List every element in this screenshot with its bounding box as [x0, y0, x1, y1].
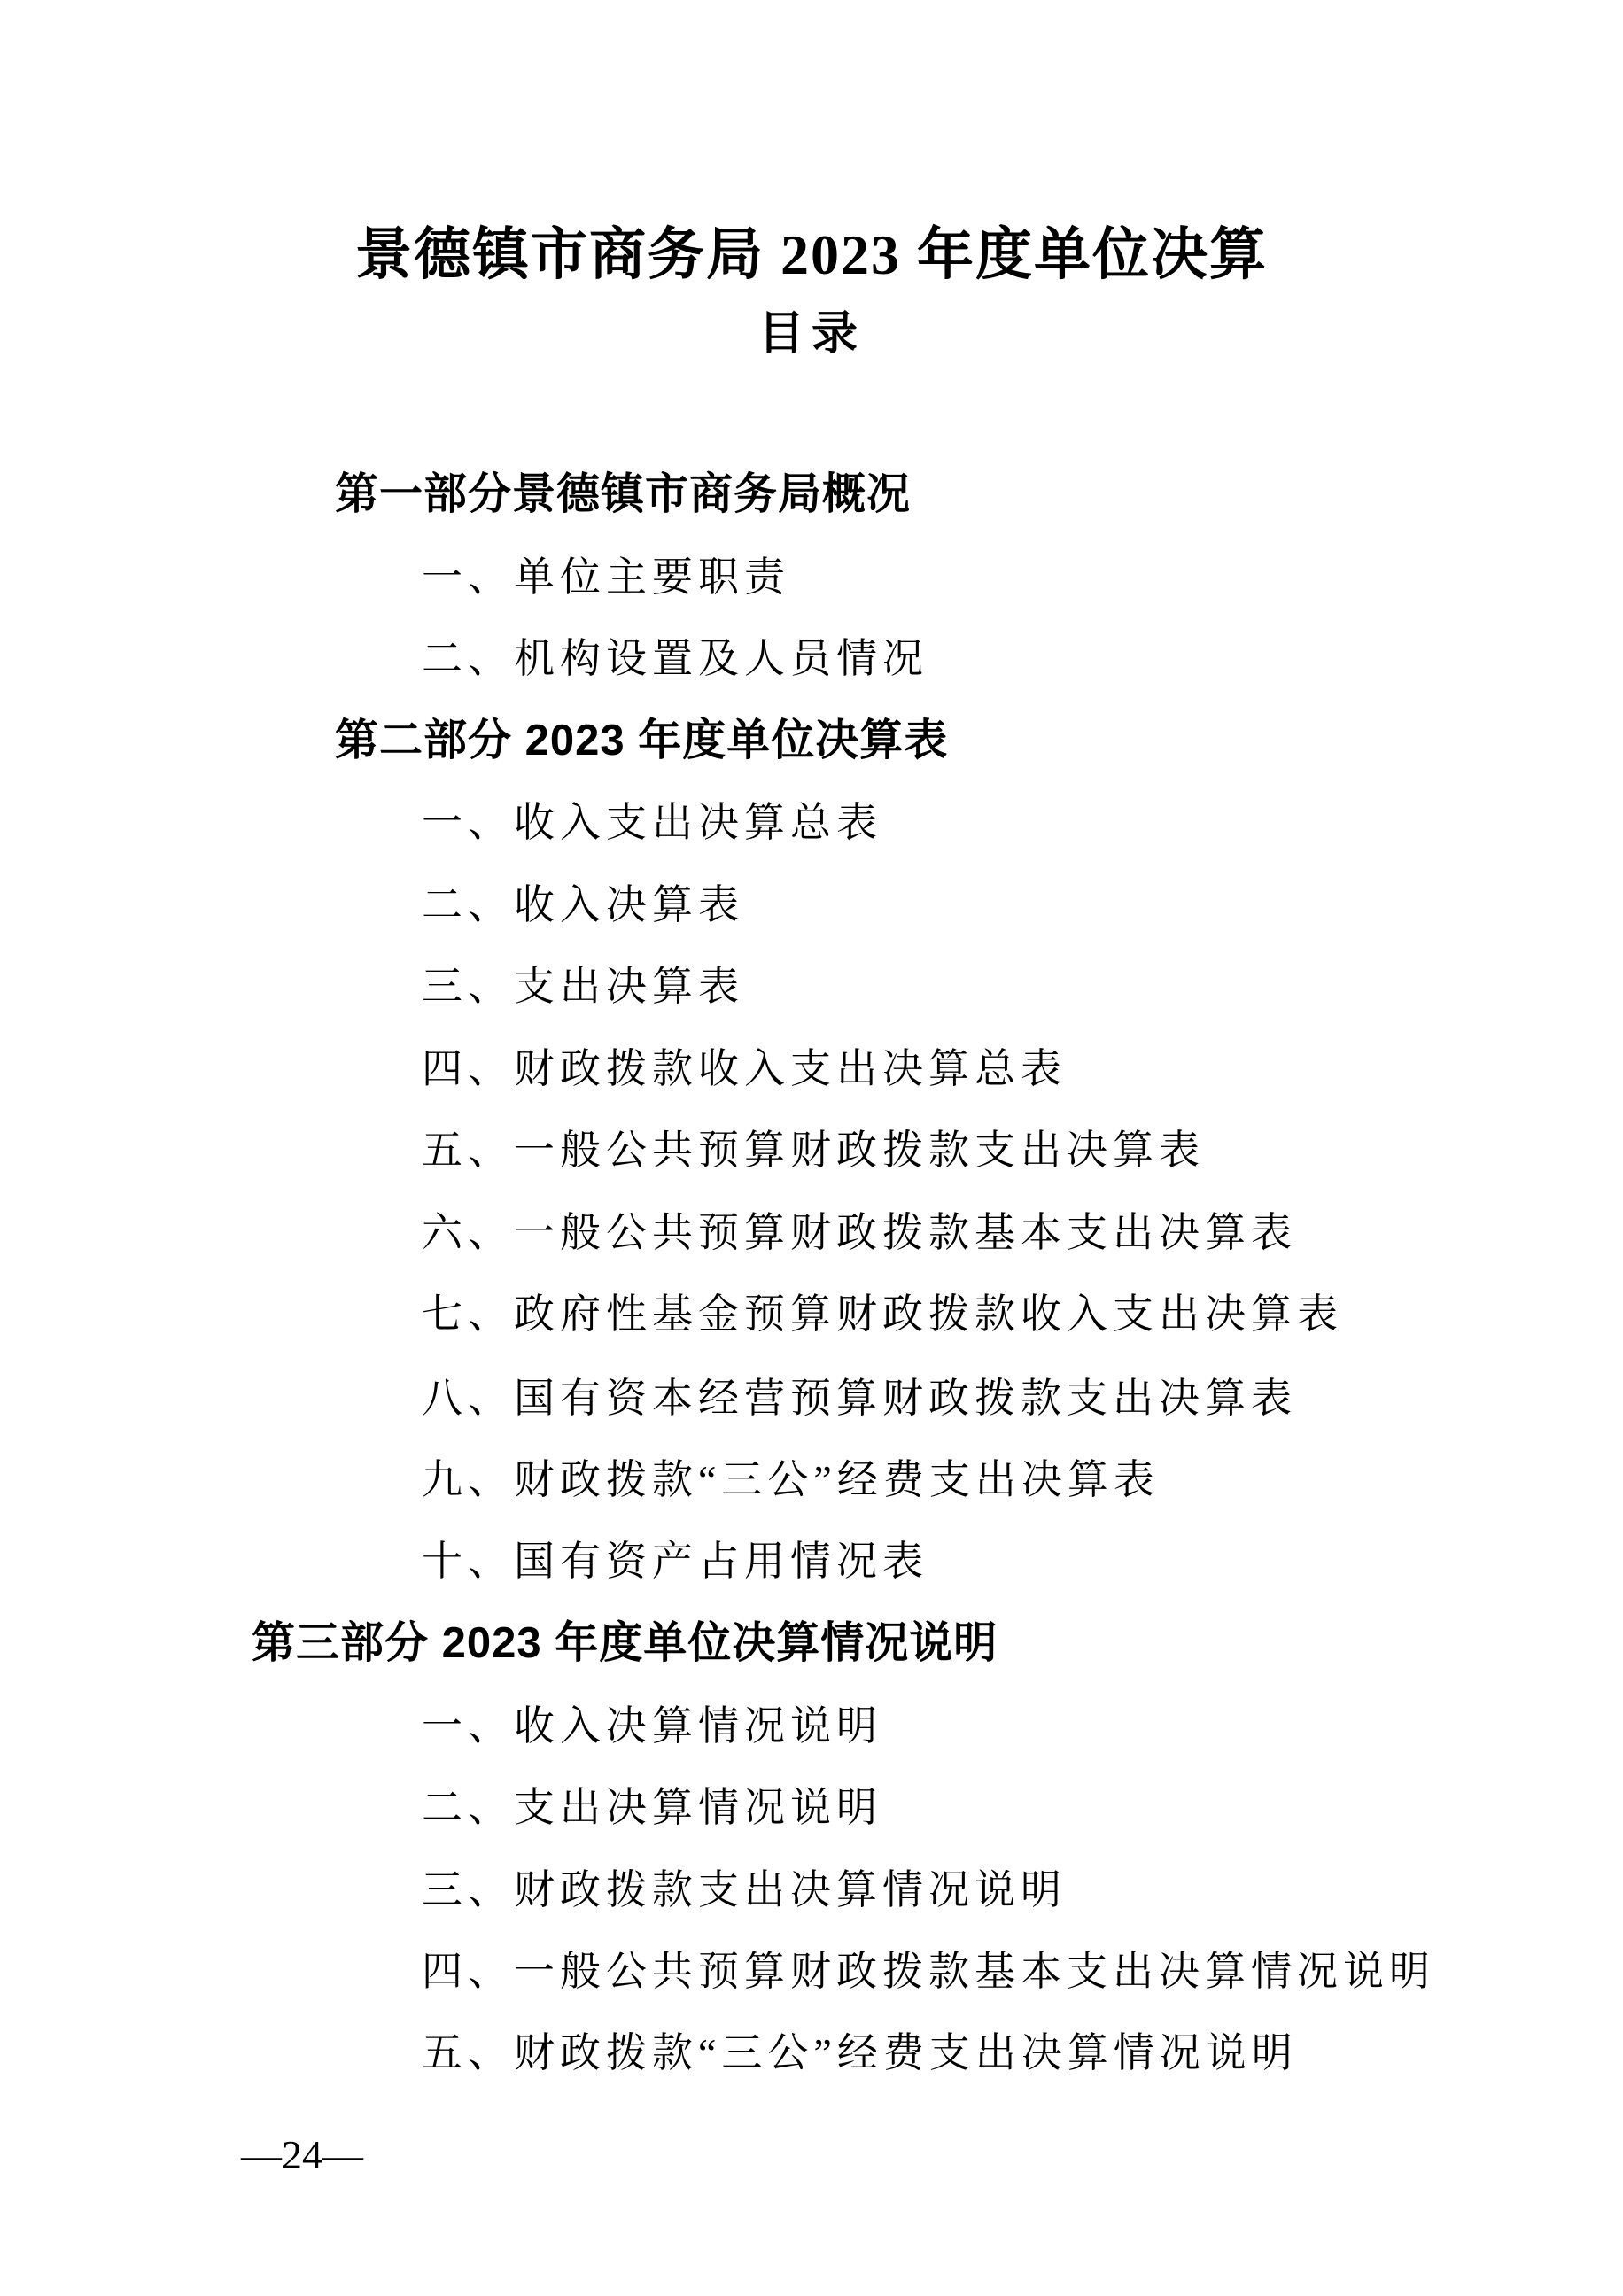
toc-item: 五、财政拨款“三公”经费支出决算情况说明: [422, 2033, 1298, 2074]
toc-item: 二、支出决算情况说明: [422, 1788, 882, 1828]
toc-item: 三、财政拨款支出决算情况说明: [422, 1870, 1067, 1911]
toc-item: 一、单位主要职责: [422, 557, 790, 598]
toc-section-heading-3: 第三部分 2023 年度单位决算情况说明: [252, 1622, 998, 1665]
page-number: —24—: [241, 2131, 363, 2178]
toc-item: 五、一般公共预算财政拨款支出决算表: [422, 1130, 1205, 1171]
toc-section-heading-2: 第二部分 2023 年度单位决算表: [335, 719, 948, 763]
document-page: 景德镇市商务局 2023 年度单位决算 目录 第一部分景德镇市商务局概况 一、单…: [0, 0, 1623, 2296]
toc-item: 四、一般公共预算财政拨款基本支出决算情况说明: [422, 1951, 1435, 1992]
toc-item: 二、机构设置及人员情况: [422, 639, 928, 679]
toc-title: 目录: [0, 296, 1623, 362]
toc-section-heading-1: 第一部分景德镇市商务局概况: [335, 473, 911, 516]
toc-item: 六、一般公共预算财政拨款基本支出决算表: [422, 1213, 1297, 1253]
document-title: 景德镇市商务局 2023 年度单位决算: [0, 209, 1623, 291]
toc-item: 三、支出决算表: [422, 966, 744, 1007]
toc-item: 四、财政拨款收入支出决算总表: [422, 1049, 1067, 1090]
toc-item: 七、政府性基金预算财政拨款收入支出决算表: [422, 1294, 1343, 1335]
toc-item: 十、国有资产占用情况表: [422, 1541, 928, 1582]
toc-item: 八、国有资本经营预算财政拨款支出决算表: [422, 1378, 1297, 1419]
toc-item: 九、财政拨款“三公”经费支出决算表: [422, 1460, 1160, 1501]
toc-item: 一、收入决算情况说明: [422, 1706, 882, 1747]
toc-item: 一、收入支出决算总表: [422, 803, 882, 843]
toc-item: 二、收入决算表: [422, 885, 744, 926]
